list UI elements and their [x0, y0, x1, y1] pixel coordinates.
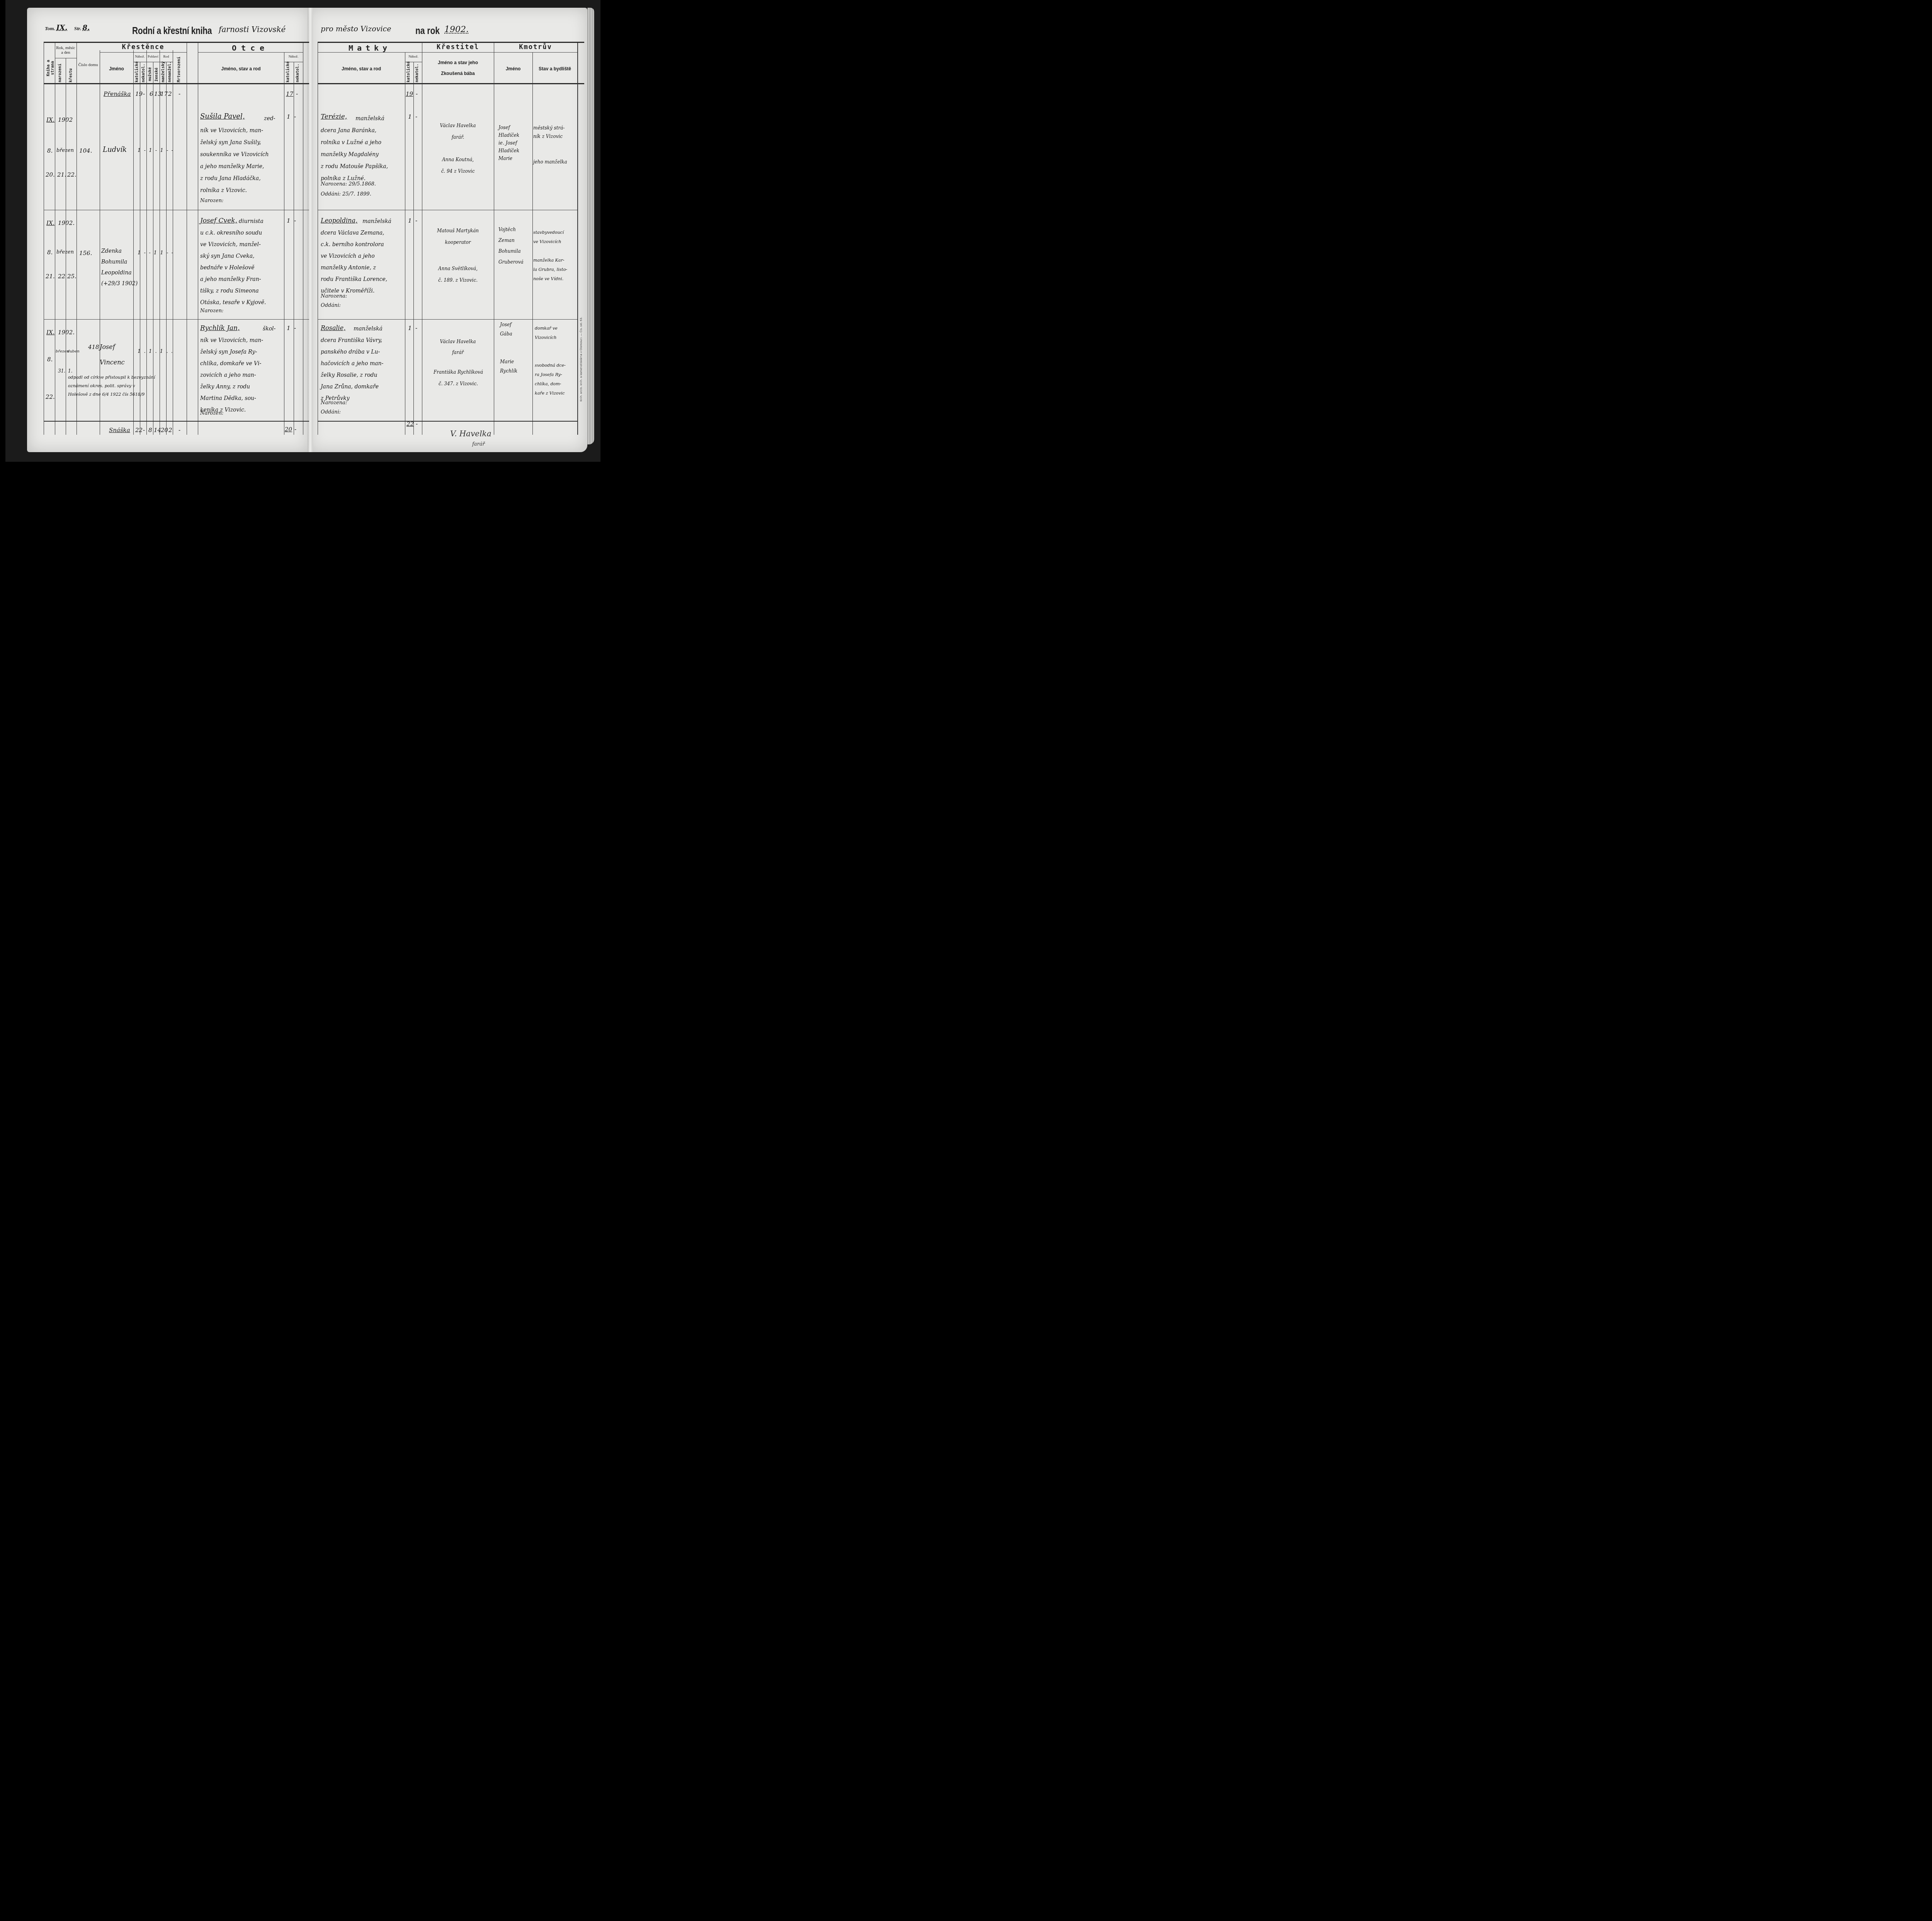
totals-muzske: 8: [148, 424, 152, 436]
entry-mother-married: Oddáni: 25/7. 1899.: [321, 189, 371, 200]
year-label: na rok: [415, 25, 440, 37]
entry-child-name: Josef Vincenc: [100, 339, 124, 370]
entry-row-number: 21.: [46, 271, 55, 282]
entry-father-religion: 1 -: [287, 111, 296, 123]
header-krestu: křestu: [69, 69, 73, 82]
header-kmotru: Kmotrův: [494, 44, 577, 51]
carry-over-matka-nekatol: -: [416, 88, 418, 100]
col-line: [405, 52, 405, 435]
entry-birth-day: 21.: [57, 169, 66, 180]
carry-over-otec-katol: 17: [286, 88, 293, 100]
entry-mother-religion: 1 -: [408, 215, 417, 226]
totals-matka-katol: 22: [406, 418, 414, 430]
entry-father-born: Narozen:: [200, 305, 223, 317]
entry-baptizer: Václav Havelka farář.: [427, 120, 489, 143]
str-value: 8.: [82, 24, 90, 32]
entry-kniha: IX.: [46, 217, 54, 229]
priest-signature: V. Havelka: [450, 429, 492, 438]
col-line: [160, 50, 160, 435]
entry-kniha: IX.: [46, 114, 54, 126]
entry-midwife: Anna Světlíková, č. 189. z Vizovic.: [425, 263, 491, 286]
entry-godparent-status: domkař ve Vizovicích svobodná dce- ra Jo…: [535, 324, 566, 398]
header-stav-bydliste: Stav a bydliště: [532, 66, 577, 71]
entry-house-number: 104.: [79, 145, 92, 157]
entry-father-details: zed- ník ve Vizovicích, man- želský syn …: [200, 113, 275, 197]
entry-annotation: odpadl od církve přistoupil k bezvyznání…: [68, 373, 155, 399]
entry-baptism-day: 25.: [67, 271, 77, 282]
entry-mother-details: manželská dcera Václava Zemana, c.k. ber…: [321, 216, 391, 297]
entry-mother-details: manželská dcera Františka Vávry, panskéh…: [321, 323, 383, 404]
header-nemanzel: nemanžel.: [168, 64, 172, 82]
carry-over-otec-nekatol: -: [296, 88, 298, 100]
totals-label: Snáška: [109, 424, 130, 436]
entry-godparent-names: Vojtěch Zeman Bohumila Gruberová: [498, 224, 524, 267]
str-label: Str.: [74, 26, 81, 31]
year-value: 1902.: [444, 25, 469, 34]
entry-mother-married: Oddáni:: [321, 300, 341, 311]
entry-baptizer: Matouš Martykán kooperator: [427, 225, 489, 248]
entry-godparent-status: městský strá- ník z Vizovic jeho manželk…: [533, 124, 567, 166]
book-title: Rodní a křestní kniha: [132, 25, 212, 37]
header-nekatol: nekatol.: [141, 66, 146, 82]
totals-nemanzel: 2: [168, 424, 172, 436]
entry-strana: 8.: [47, 354, 53, 365]
header-manzelsky: manželský: [161, 64, 165, 82]
col-line: [173, 50, 173, 435]
entry-year: 1902.: [58, 217, 75, 229]
entry-child-name: Zdenka Bohumila Leopoldina (+29/3 1902): [101, 246, 138, 289]
entry-strana: 8.: [47, 247, 53, 258]
header-otce: Otce: [198, 44, 303, 52]
tom-label: Tom. IX. Str. 8.: [45, 24, 90, 32]
header-bottom-rule-left: [44, 83, 309, 84]
carry-over-label: Přenáška: [104, 88, 131, 100]
entry-marks: 1 - - 1 1 - -: [138, 247, 173, 259]
entry-child-name: Ludvík: [103, 144, 127, 156]
header-pohlavi: Pohlaví: [146, 55, 160, 59]
header-otce-katolicke: katolické: [286, 64, 290, 82]
book-gutter: [308, 8, 313, 452]
tom-value: IX.: [56, 24, 68, 32]
entry-father-born: Narozen:: [200, 408, 223, 419]
col-line: [198, 43, 198, 435]
header-katolicke: katolické: [135, 64, 139, 82]
totals-katolicke: 22: [135, 424, 143, 436]
totals-manzelsky: 20: [161, 424, 168, 436]
entry-mother-married: Oddáni:: [321, 407, 341, 418]
subheader-rule: [100, 52, 187, 53]
entry-marks: 1 - 1 - 1 - -: [138, 145, 173, 157]
col-line: [284, 52, 284, 435]
carry-over-matka-katol: 19: [406, 88, 413, 100]
header-bottom-rule-right: [318, 83, 584, 84]
entry-father-religion: 1 -: [287, 215, 296, 226]
entry-mother-details: manželská dcera Jana Baránka, rolníka v …: [321, 113, 388, 185]
entry-separator: [44, 210, 309, 210]
subheader-rule: [55, 58, 77, 58]
entry-mother-religion: 1 -: [408, 111, 417, 123]
carry-over-katolicke: 19: [135, 88, 143, 100]
entry-godparent-names: Josef Hladíček ie. Josef Hladíček Marie: [498, 124, 519, 162]
header-cislo-domu: Číslo domu: [77, 63, 100, 67]
header-otce-naboz: Nábož.: [284, 55, 303, 59]
entry-separator: [318, 210, 577, 210]
entry-godparent-names: Josef Gába Marie Rychlík: [500, 320, 517, 376]
entry-father-details: škol- ník ve Vizovicích, man- želský syn…: [200, 323, 276, 416]
town-name: pro město Vizovice: [321, 25, 391, 33]
entry-midwife: Františka Rychlíková č. 347. z Vizovic.: [423, 366, 493, 390]
totals-matka-nekatol: -: [416, 418, 418, 430]
entry-house-number: 156.: [79, 247, 92, 259]
totals-nekatol: -: [143, 424, 145, 436]
col-line: [318, 43, 318, 435]
entry-month: březen: [56, 247, 74, 258]
header-mrtvorozeni: Mrtvorození: [177, 58, 181, 82]
entry-kniha: IX.: [46, 327, 54, 338]
header-narozeni: narození: [58, 65, 62, 82]
totals-otec-katol: 20: [285, 424, 292, 435]
carry-over-manzelsky: 17: [160, 88, 168, 100]
entry-birth-day: 31.: [58, 367, 65, 375]
entry-baptism-month: duben: [67, 348, 80, 356]
entry-baptizer: Václav Havelka farář: [427, 336, 489, 358]
entry-mother-religion: 1 -: [408, 322, 417, 334]
totals-rule: [318, 421, 577, 422]
entry-row-number: 22.: [46, 391, 55, 403]
top-rule-right: [318, 42, 584, 43]
header-matky-nekatol: nekatol.: [415, 66, 419, 82]
entry-godparent-status: stavbyvedoucí ve Vizovicích manželka Kar…: [533, 228, 567, 284]
entry-father-details: diurnista u c.k. okresního soudu ve Vizo…: [200, 216, 266, 308]
header-krestitel: Křestitel: [422, 44, 494, 51]
entry-marks: 1 . 1 . 1 . .: [138, 346, 173, 357]
entry-house-number: 418: [88, 341, 99, 353]
header-otce-nekatol: nekatol.: [296, 66, 300, 82]
col-line: [577, 43, 578, 435]
subheader-rule: [133, 62, 173, 62]
header-muzske: mužské: [148, 66, 152, 82]
tom-label-text: Tom.: [45, 26, 55, 31]
col-line: [422, 43, 422, 435]
totals-otec-nekatol: -: [294, 424, 296, 435]
printer-imprint: Kníh. arcib. kníh. a kamenotiskárna v Ol…: [580, 317, 583, 402]
entry-month: březen: [56, 145, 74, 157]
carry-over-muzske: 6: [150, 88, 153, 100]
header-kniha-a-strana: Kniha a strana: [46, 54, 55, 82]
header-krestitel-sub1: Jméno a stav jeho: [422, 60, 494, 65]
carry-over-nekatol: -: [143, 88, 145, 100]
page-edges: [587, 8, 594, 444]
entry-year: 1902.: [58, 327, 75, 338]
entry-father-religion: 1 -: [287, 322, 296, 334]
entry-birth-day: 22: [58, 271, 65, 282]
carry-over-mrtvorozeni: -: [179, 88, 180, 100]
totals-rule: [44, 421, 309, 422]
header-matky-katolicke: katolické: [406, 64, 411, 82]
header-jmeno: Jméno: [100, 66, 133, 71]
header-matky-jmeno-stav-rod: Jméno, stav a rod: [318, 66, 405, 71]
totals-zenske: 14: [154, 424, 161, 436]
header-krestence: Křestěnce: [100, 44, 187, 51]
header-zenske: ženské: [155, 66, 159, 82]
header-rok-mesic-den: Rok, měsíc a den: [55, 46, 77, 55]
col-line: [44, 43, 44, 435]
entry-midwife: Anna Koutná, č. 94 z Vizovic: [425, 154, 491, 177]
entry-father-born: Narozen:: [200, 195, 223, 207]
entry-separator: [44, 319, 309, 320]
header-naboz: Nábož.: [133, 55, 146, 59]
totals-mrtvorozeni: -: [179, 424, 180, 436]
header-matky-naboz: Nábož.: [405, 55, 422, 59]
top-rule-left: [44, 42, 309, 43]
entry-year: 1902: [58, 114, 73, 126]
col-line: [532, 52, 533, 435]
header-kmotr-jmeno: Jméno: [494, 66, 532, 71]
col-line: [494, 43, 494, 435]
entry-row-number: 20.: [46, 169, 55, 180]
priest-title: farář: [472, 441, 485, 447]
header-otce-jmeno-stav-rod: Jméno, stav a rod: [198, 66, 284, 71]
header-matky: Matky: [318, 44, 422, 52]
entry-strana: 8.: [47, 145, 53, 157]
entry-separator: [318, 319, 577, 320]
col-line: [55, 43, 55, 435]
header-rod: Rod: [160, 55, 173, 59]
carry-over-nemanzel: 2: [168, 88, 172, 100]
entry-baptism-day: 22.: [67, 169, 77, 180]
parish-name: farnosti Vizovské: [219, 25, 286, 34]
header-krestitel-sub2: Zkoušená bába: [422, 71, 494, 76]
col-line: [303, 43, 303, 435]
col-line: [187, 43, 187, 435]
